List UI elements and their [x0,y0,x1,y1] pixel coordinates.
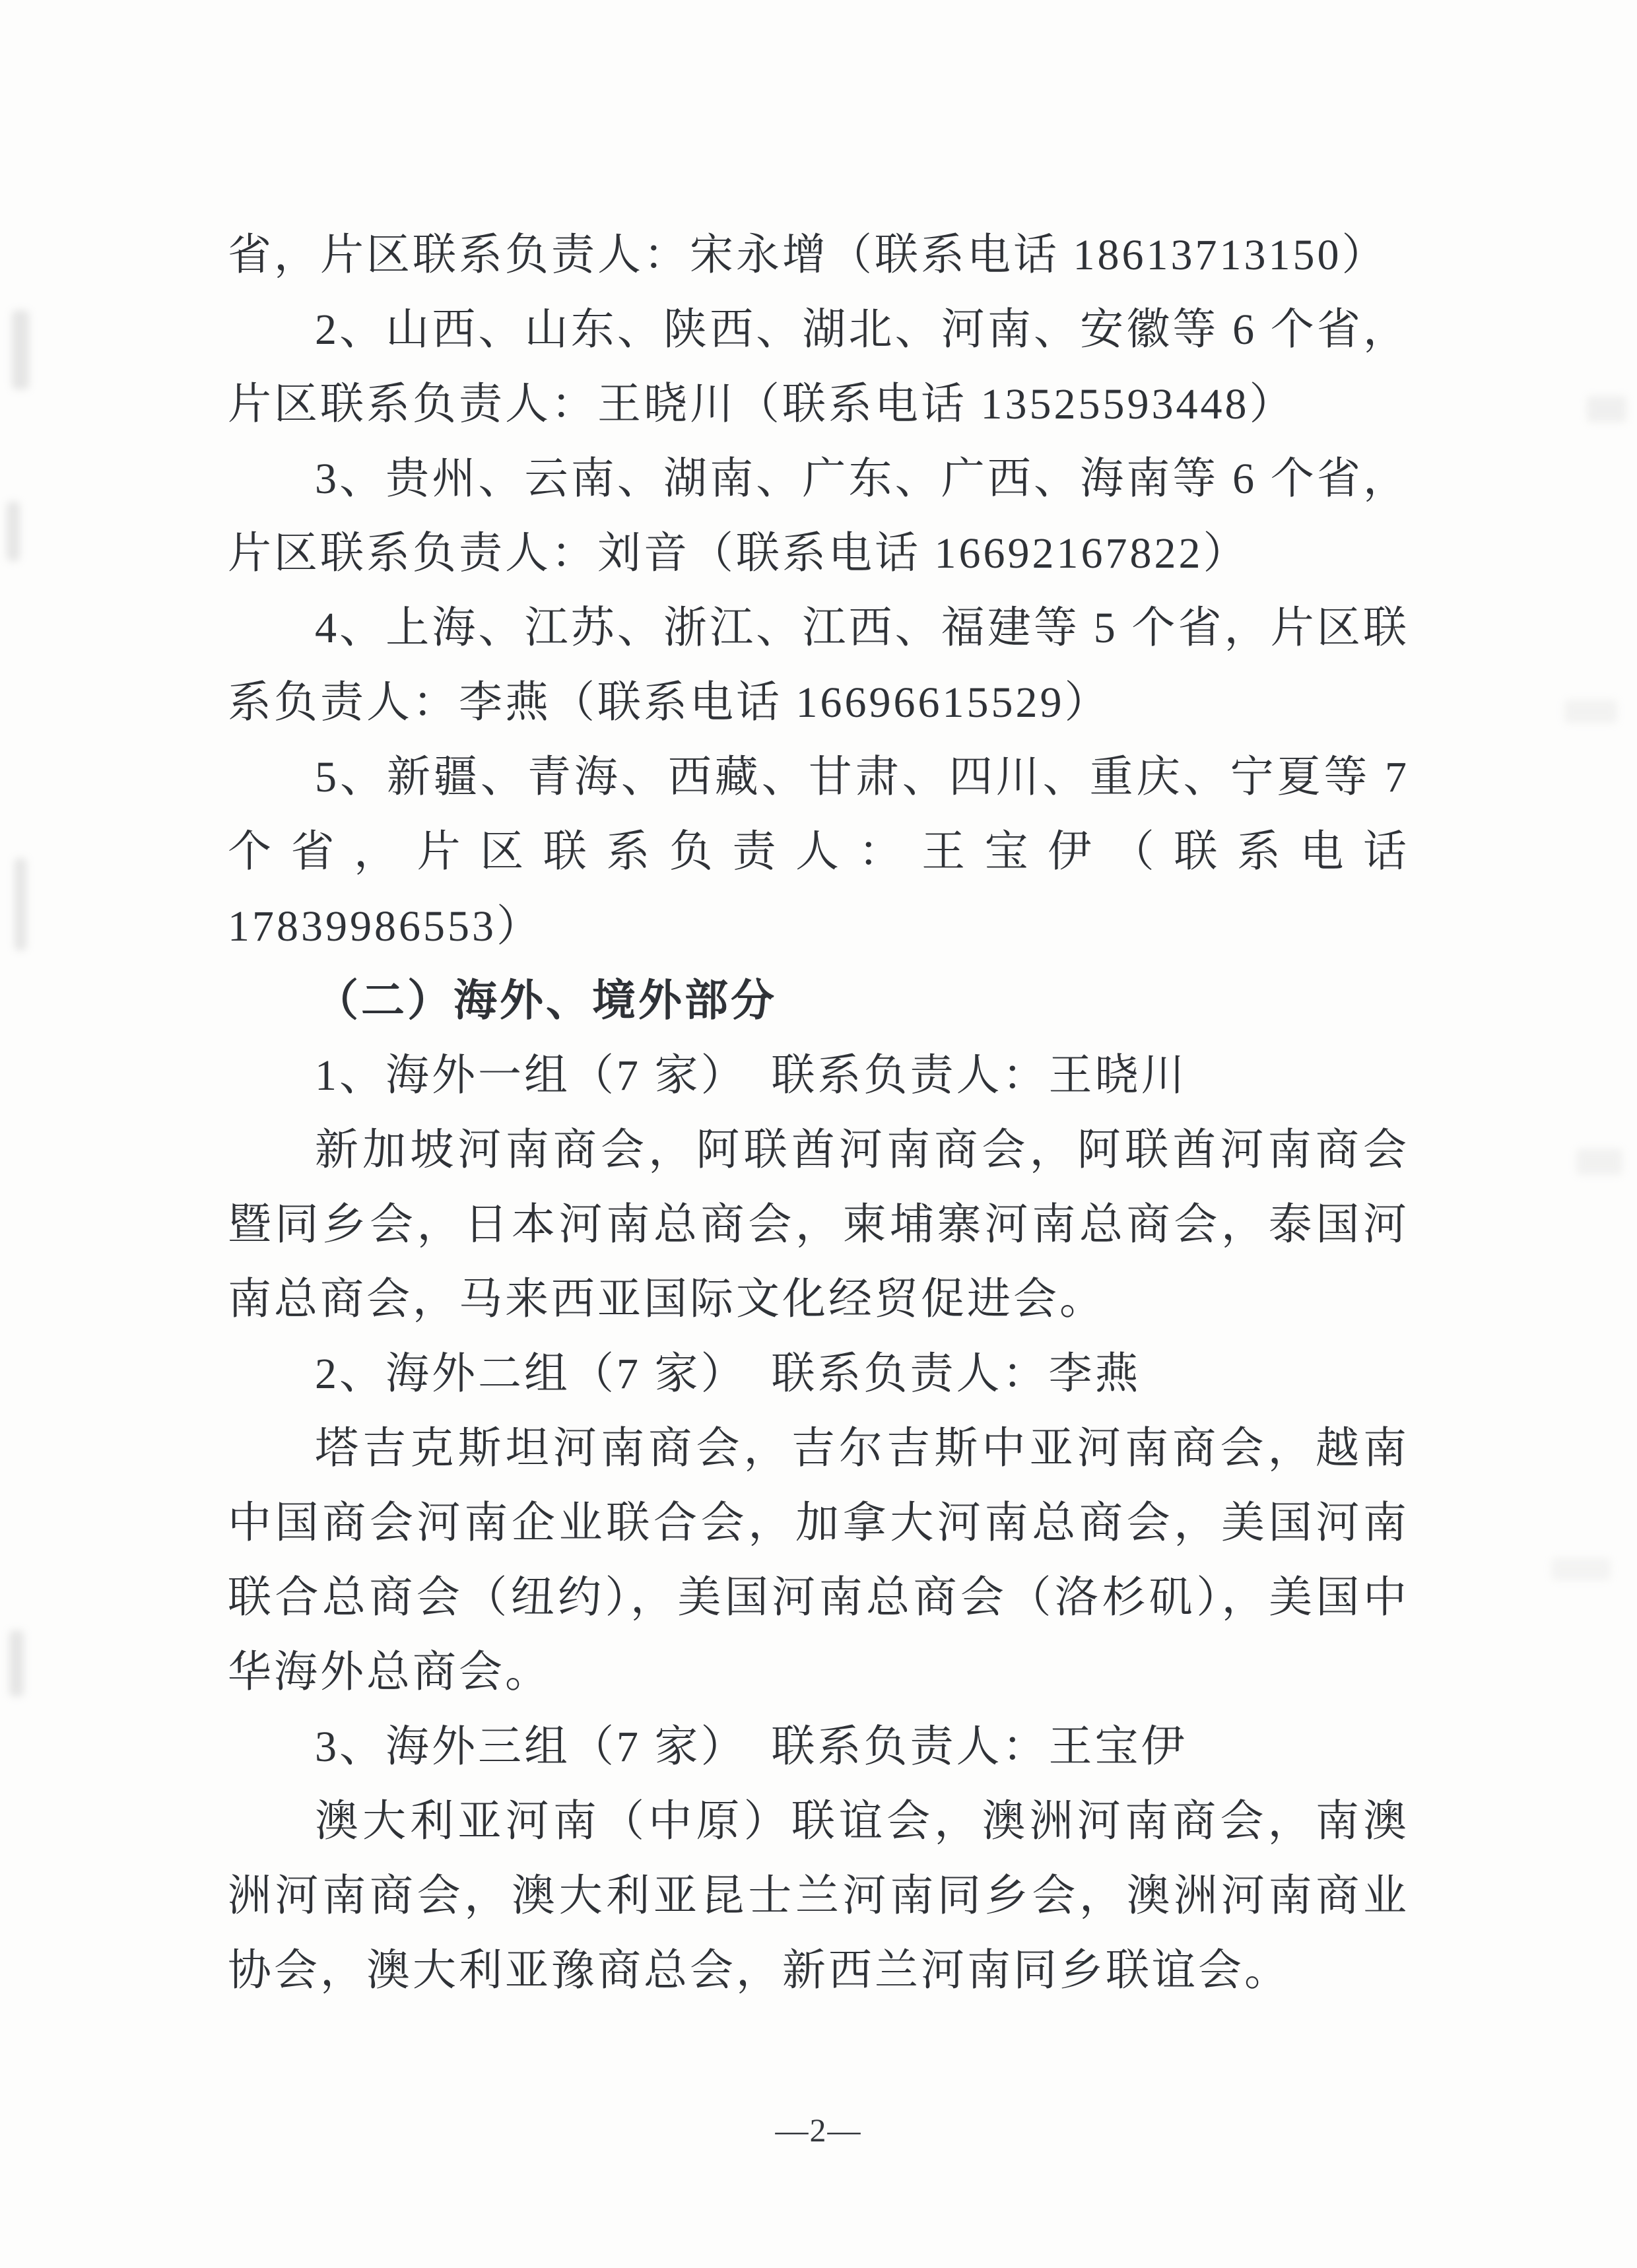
member-list-overseas-group-2: 塔吉克斯坦河南商会，吉尔吉斯中亚河南商会，越南中国商会河南企业联合会，加拿大河南… [228,1411,1409,1710]
group-heading-overseas-group-2: 2、海外二组（7 家） 联系负责人：李燕 [228,1337,1409,1411]
list-item-region-3: 3、贵州、云南、湖南、广东、广西、海南等 6 个省，片区联系负责人：刘音（联系电… [228,442,1409,591]
list-item-region-2: 2、山西、山东、陕西、湖北、河南、安徽等 6 个省，片区联系负责人：王晓川（联系… [228,292,1409,442]
member-list-overseas-group-1: 新加坡河南商会，阿联酋河南商会，阿联酋河南商会暨同乡会，日本河南总商会，柬埔寨河… [228,1113,1409,1337]
group-heading-overseas-group-1: 1、海外一组（7 家） 联系负责人：王晓川 [228,1038,1409,1113]
scan-artifact [1564,700,1617,723]
scan-artifact [1587,396,1626,422]
scan-artifact [1576,1149,1622,1175]
page-number: —2— [0,2111,1637,2149]
scan-artifact [1551,1558,1611,1580]
scan-artifact [12,310,29,389]
paragraph-continuation-region-1: 省，片区联系负责人：宋永增（联系电话 18613713150） [228,218,1409,292]
document-body: 省，片区联系负责人：宋永增（联系电话 18613713150） 2、山西、山东、… [228,218,1409,2008]
scan-artifact [7,502,20,561]
scan-artifact [9,1630,24,1696]
document-page: 省，片区联系负责人：宋永增（联系电话 18613713150） 2、山西、山东、… [0,0,1637,2268]
member-list-overseas-group-3: 澳大利亚河南（中原）联谊会，澳洲河南商会，南澳洲河南商会，澳大利亚昆士兰河南同乡… [228,1784,1409,2008]
section-heading-overseas: （二）海外、境外部分 [228,964,1409,1038]
group-heading-overseas-group-3: 3、海外三组（7 家） 联系负责人：王宝伊 [228,1710,1409,1784]
list-item-region-5: 5、新疆、青海、西藏、甘肃、四川、重庆、宁夏等 7 个省，片区联系负责人：王宝伊… [228,740,1409,964]
scan-artifact [15,858,26,951]
list-item-region-4: 4、上海、江苏、浙江、江西、福建等 5 个省，片区联系负责人：李燕（联系电话 1… [228,591,1409,740]
